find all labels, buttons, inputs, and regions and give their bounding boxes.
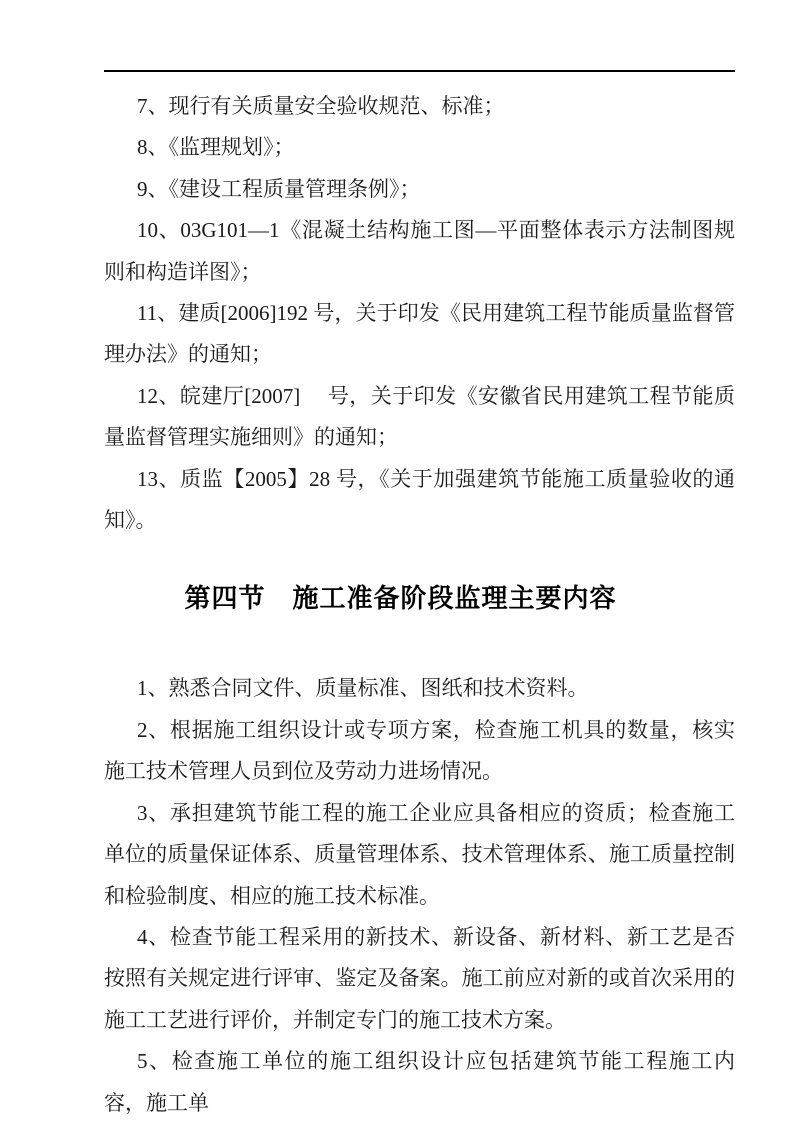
header-rule [104, 70, 735, 72]
reference-item-10: 10、03G101—1《混凝土结构施工图—平面整体表示方法制图规则和构造详图》； [104, 210, 735, 293]
reference-item-7: 7、现行有关质量安全验收规范、标准； [104, 86, 735, 127]
reference-item-13: 13、质监【2005】28 号，《关于加强建筑节能施工质量验收的通知》。 [104, 459, 735, 542]
section-item-2: 2、根据施工组织设计或专项方案，检查施工机具的数量，核实施工技术管理人员到位及劳… [104, 710, 735, 793]
reference-item-12: 12、皖建厅[2007] 号，关于印发《安徽省民用建筑工程节能质量监督管理实施细… [104, 376, 735, 459]
section-item-1: 1、熟悉合同文件、质量标准、图纸和技术资料。 [104, 668, 735, 709]
section-heading: 第四节 施工准备阶段监理主要内容 [104, 576, 697, 620]
reference-item-9: 9、《建设工程质量管理条例》； [104, 169, 735, 210]
section-item-5: 5、检查施工单位的施工组织设计应包括建筑节能工程施工内容，施工单 [104, 1041, 735, 1122]
document-content: 7、现行有关质量安全验收规范、标准； 8、《监理规划》； 9、《建设工程质量管理… [104, 86, 735, 1122]
reference-item-11: 11、建质[2006]192 号，关于印发《民用建筑工程节能质量监督管理办法》的… [104, 293, 735, 376]
section-item-4: 4、检查节能工程采用的新技术、新设备、新材料、新工艺是否按照有关规定进行评审、鉴… [104, 917, 735, 1041]
reference-item-8: 8、《监理规划》； [104, 127, 735, 168]
document-page: 7、现行有关质量安全验收规范、标准； 8、《监理规划》； 9、《建设工程质量管理… [0, 0, 793, 1122]
section-item-3: 3、承担建筑节能工程的施工企业应具备相应的资质；检查施工单位的质量保证体系、质量… [104, 793, 735, 917]
